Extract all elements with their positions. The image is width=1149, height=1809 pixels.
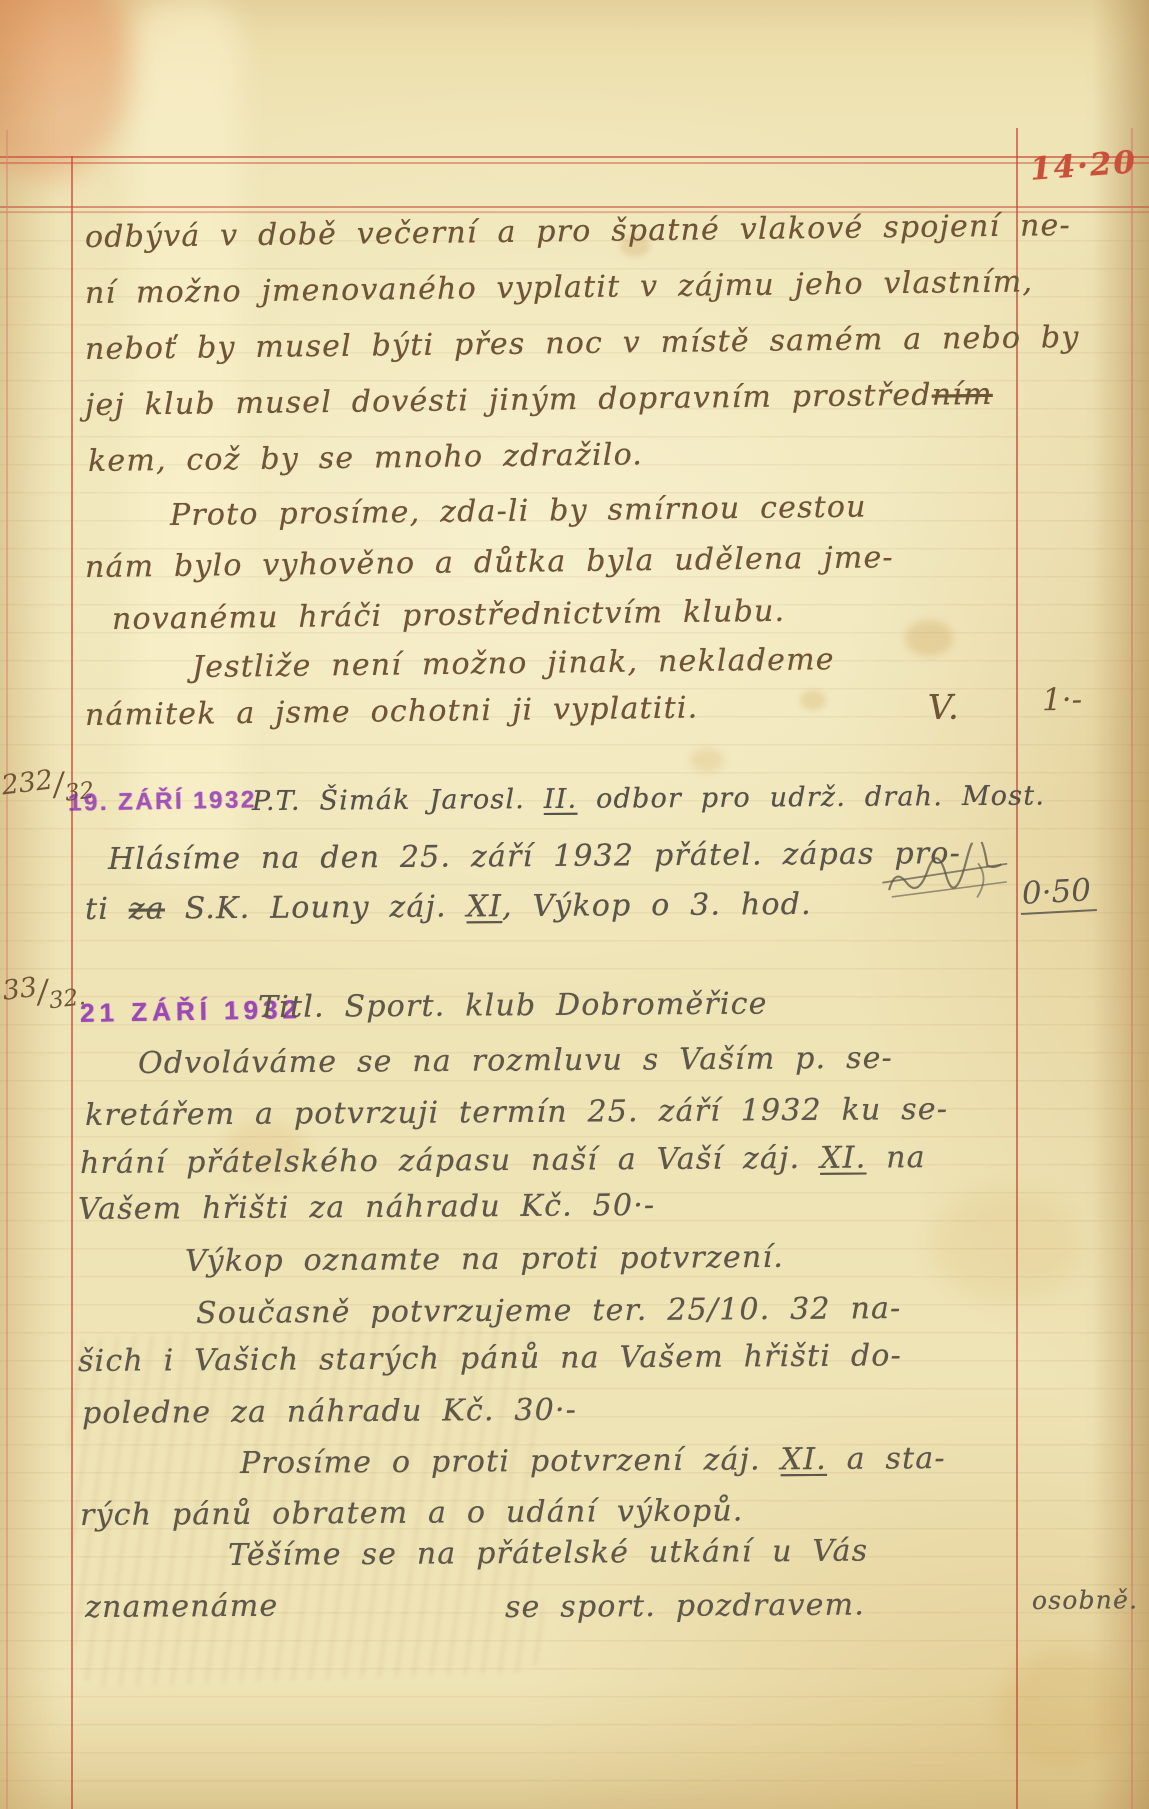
underlined-numeral: XI. xyxy=(820,1141,867,1176)
folio-number: 14·20 xyxy=(1029,144,1138,187)
paper-stain xyxy=(905,620,953,656)
amount-text: 0·50 xyxy=(1021,872,1092,912)
line-text: Titl. Sport. klub Dobroměřice xyxy=(258,986,768,1025)
line-text: rých pánů obratem a o udání výkopů. xyxy=(80,1493,744,1533)
line-text: na xyxy=(866,1140,926,1175)
handwritten-line: Titl. Sport. klub Dobroměřice xyxy=(258,986,768,1025)
closing-line-left: znamenáme xyxy=(85,1589,279,1625)
handwritten-line: odbývá v době večerní a pro špatné vlako… xyxy=(85,208,1071,255)
paper-stain xyxy=(930,1190,1080,1300)
clerk-initial: V. xyxy=(928,688,960,728)
handwritten-line: rých pánů obratem a o udání výkopů. xyxy=(80,1493,744,1533)
line-text: neboť by musel býti přes noc v místě sam… xyxy=(85,320,1080,367)
line-text: poledne za náhradu Kč. 30·- xyxy=(82,1393,577,1431)
handwritten-line: neboť by musel býti přes noc v místě sam… xyxy=(85,320,1080,367)
line-text: Vašem hřišti za náhradu Kč. 50·- xyxy=(78,1188,656,1227)
line-text: jej klub musel dovésti jiným dopravním p… xyxy=(85,378,932,423)
crossed-out-scribble xyxy=(878,839,1018,911)
handwritten-line: Prosíme o proti potvrzení záj. XI. a sta… xyxy=(240,1441,946,1481)
handwritten-line: P.T. Šimák Jarosl. II. odbor pro udrž. d… xyxy=(252,780,1045,817)
file-number-numerator: 233 xyxy=(0,972,39,1009)
line-text: hrání přátelského zápasu naší a Vaší záj… xyxy=(80,1141,820,1181)
line-text: kem, což by se mnoho zdražilo. xyxy=(88,437,643,479)
line-text: Výkop oznamte na proti potvrzení. xyxy=(185,1240,784,1279)
closing-line-right: se sport. pozdravem. xyxy=(505,1587,865,1625)
page-edge-line-left xyxy=(6,130,8,1809)
line-text: Prosíme o proti potvrzení záj. xyxy=(240,1442,781,1481)
handwritten-line: poledne za náhradu Kč. 30·- xyxy=(82,1393,577,1431)
delivery-note: osobně. xyxy=(1032,1585,1138,1615)
header-rule-top-double xyxy=(0,162,1149,164)
handwritten-line: Proto prosíme, zda-li by smírnou cestou xyxy=(170,489,867,533)
file-number-numerator: 232 xyxy=(0,764,55,801)
money-column-line-right xyxy=(1131,128,1133,1809)
margin-file-number: 233/32. xyxy=(0,969,86,1017)
line-text: znamenáme xyxy=(85,1589,279,1625)
line-text: Jestliže není možno jinak, neklademe xyxy=(192,642,835,685)
line-text: , Výkop o 3. hod. xyxy=(502,887,812,924)
line-text: a sta- xyxy=(827,1441,946,1477)
header-rule-bottom xyxy=(0,206,1149,208)
underlined-numeral: XI. xyxy=(780,1442,827,1477)
header-rule-top xyxy=(0,156,1149,158)
line-text: odbor pro udrž. drah. Most. xyxy=(577,780,1045,814)
handwritten-line: Hlásíme na den 25. září 1932 přátel. záp… xyxy=(108,836,961,877)
date-stamp: 19. ZÁŘÍ 1932 xyxy=(68,786,257,817)
line-text: kretářem a potvrzuji termín 25. září 193… xyxy=(85,1092,948,1133)
handwritten-line: námitek a jsme ochotni ji vyplatiti. xyxy=(85,691,699,733)
line-text: P.T. Šimák Jarosl. xyxy=(252,784,544,817)
paper-stain xyxy=(1000,1650,1130,1770)
line-text: Současně potvrzujeme ter. 25/10. 32 na- xyxy=(196,1291,902,1331)
amount-text: 1·- xyxy=(1042,682,1082,718)
paper-stain xyxy=(0,0,130,180)
handwritten-line: novanému hráči prostřednictvím klubu. xyxy=(112,594,786,637)
paper-stain xyxy=(130,0,240,880)
crossed-out-word: za xyxy=(129,891,165,926)
line-text: nám bylo vyhověno a důtka byla udělena j… xyxy=(85,540,894,585)
fee-amount: 0·50 xyxy=(1019,872,1097,915)
line-text: ní možno jmenovaného vyplatit v zájmu je… xyxy=(85,264,1034,311)
underlined-numeral: XI xyxy=(466,889,502,924)
handwritten-line: kretářem a potvrzuji termín 25. září 193… xyxy=(85,1092,948,1133)
paper-stain xyxy=(690,748,724,772)
fee-amount: 1·- xyxy=(1042,682,1082,718)
handwritten-line: jej klub musel dovésti jiným dopravním p… xyxy=(85,377,993,423)
handwritten-line: Vašem hřišti za náhradu Kč. 50·- xyxy=(78,1188,656,1227)
line-text: novanému hráči prostřednictvím klubu. xyxy=(112,594,786,637)
line-text: se sport. pozdravem. xyxy=(505,1587,865,1625)
note-text: osobně. xyxy=(1032,1585,1138,1615)
paper-stain xyxy=(800,690,826,710)
initial-text: V. xyxy=(928,688,960,728)
line-text: Proto prosíme, zda-li by smírnou cestou xyxy=(170,489,867,533)
handwritten-line: hrání přátelského zápasu naší a Vaší záj… xyxy=(80,1140,926,1181)
line-text: Těšíme se na přátelské utkání u Vás xyxy=(228,1534,868,1573)
handwritten-line: Výkop oznamte na proti potvrzení. xyxy=(185,1240,784,1279)
line-text: námitek a jsme ochotni ji vyplatiti. xyxy=(85,691,699,733)
handwritten-line: ní možno jmenovaného vyplatit v zájmu je… xyxy=(85,264,1034,311)
handwritten-line: Odvoláváme se na rozmluvu s Vaším p. se- xyxy=(138,1041,893,1081)
handwritten-line: nám bylo vyhověno a důtka byla udělena j… xyxy=(85,540,894,585)
line-text: šich i Vašich starých pánů na Vašem hřiš… xyxy=(78,1338,902,1379)
line-text: ti xyxy=(85,892,129,927)
handwritten-line: Současně potvrzujeme ter. 25/10. 32 na- xyxy=(196,1291,902,1331)
ledger-page: 14·20 odbývá v době večerní a pro špatné… xyxy=(0,0,1149,1809)
handwritten-line: kem, což by se mnoho zdražilo. xyxy=(88,437,643,479)
line-text: S.K. Louny záj. xyxy=(165,889,467,926)
money-column-line xyxy=(1016,128,1018,1809)
handwritten-line: šich i Vašich starých pánů na Vašem hřiš… xyxy=(78,1338,902,1379)
line-text: odbývá v době večerní a pro špatné vlako… xyxy=(85,208,1071,255)
crossed-out-word: ním xyxy=(932,377,993,413)
line-text: Hlásíme na den 25. září 1932 přátel. záp… xyxy=(108,836,961,877)
handwritten-line: Jestliže není možno jinak, neklademe xyxy=(192,642,835,685)
handwritten-line: ti za S.K. Louny záj. XI, Výkop o 3. hod… xyxy=(85,887,812,927)
handwritten-line: Těšíme se na přátelské utkání u Vás xyxy=(228,1534,868,1573)
underlined-numeral: II. xyxy=(544,784,578,815)
line-text: Odvoláváme se na rozmluvu s Vaším p. se- xyxy=(138,1041,893,1081)
